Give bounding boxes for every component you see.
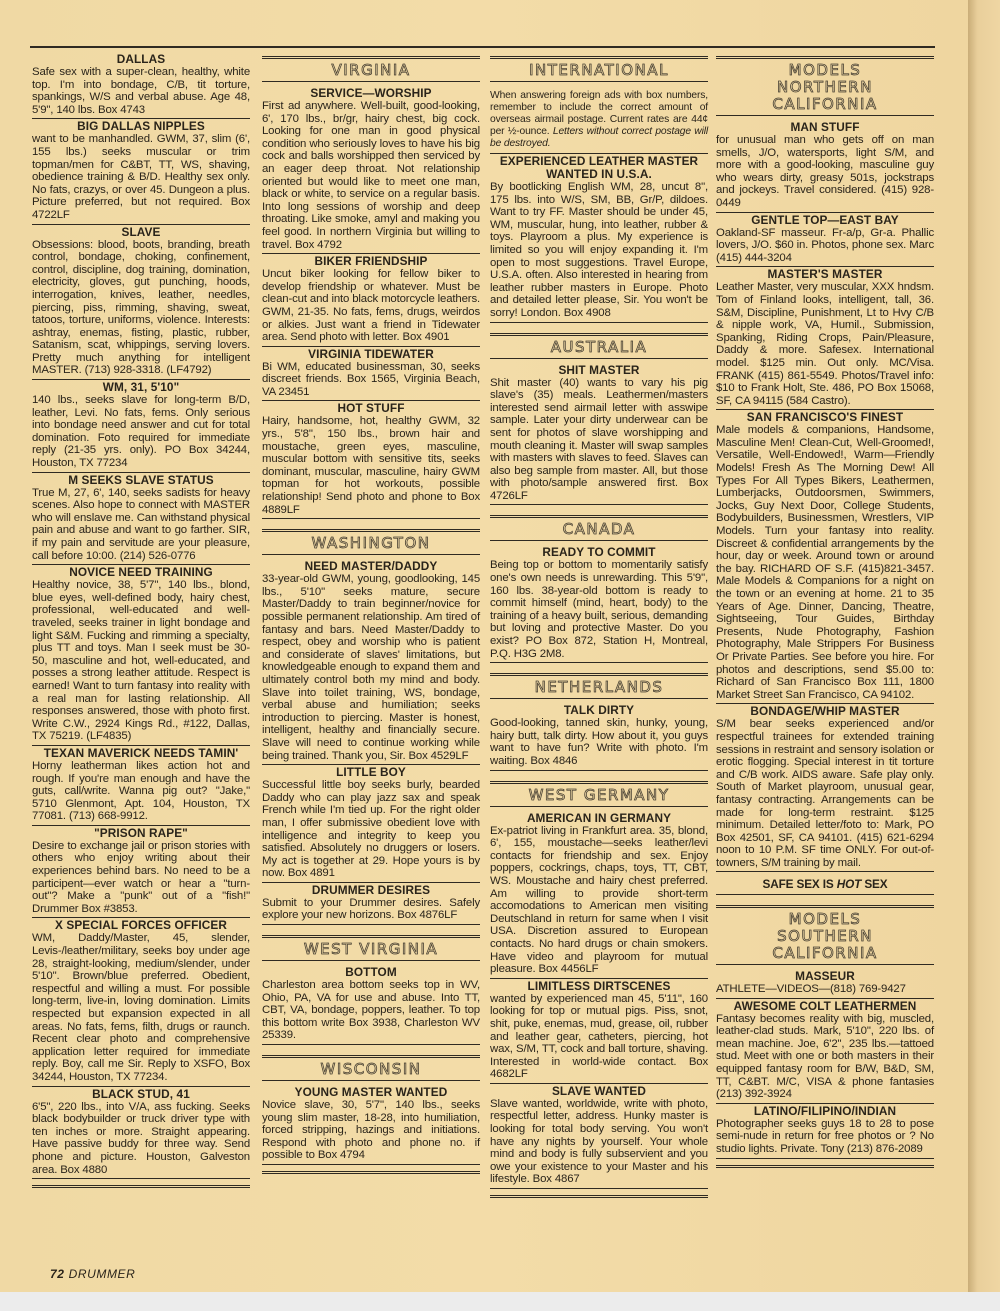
region-title: AUSTRALIA [490, 339, 708, 356]
ad-headline: LATINO/FILIPINO/INDIAN [716, 1105, 934, 1118]
ad-body: True M, 27, 6', 140, seeks sadists for h… [32, 487, 250, 563]
ad-body: Leather Master, very muscular, XXX hndsm… [716, 281, 934, 407]
scan-margin [0, 1292, 1000, 1311]
classified-ad: READY TO COMMITBeing top or bottom to mo… [490, 545, 708, 663]
ad-body: WM, Daddy/Master, 45, slender, Levis-/le… [32, 932, 250, 1083]
ad-body: Safe sex with a super-clean, healthy, wh… [32, 66, 250, 116]
region-title-line: NORTHERN [716, 79, 934, 96]
ad-headline: HOT STUFF [262, 402, 480, 415]
ad-headline: M SEEKS SLAVE STATUS [32, 474, 250, 487]
ad-headline: LIMITLESS DIRTSCENES [490, 980, 708, 993]
classified-ad: TALK DIRTYGood-looking, tanned skin, hun… [490, 703, 708, 770]
magazine-page: DALLASSafe sex with a super-clean, healt… [0, 0, 968, 1292]
column-3: INTERNATIONALWhen answering foreign ads … [490, 52, 708, 1198]
region-title: INTERNATIONAL [490, 62, 708, 79]
ad-body: Ex-patriot living in Frankfurt area. 35,… [490, 825, 708, 976]
ad-headline: X SPECIAL FORCES OFFICER [32, 919, 250, 932]
ad-body: Slave wanted, worldwide, write with phot… [490, 1098, 708, 1186]
ad-headline: SLAVE WANTED [490, 1085, 708, 1098]
ad-body: Successful little boy seeks burly, beard… [262, 779, 480, 880]
ad-body: Charleston area bottom seeks top in WV, … [262, 979, 480, 1042]
ad-headline: WM, 31, 5'10" [32, 381, 250, 394]
ad-headline: NEED MASTER/DADDY [262, 560, 480, 573]
classified-ad: DRUMMER DESIRESSubmit to your Drummer de… [262, 883, 480, 925]
column-4: MODELSNORTHERNCALIFORNIAMAN STUFFfor unu… [716, 52, 934, 1168]
classified-ad: BONDAGE/WHIP MASTERS/M bear seeks experi… [716, 704, 934, 872]
classified-ad: M SEEKS SLAVE STATUSTrue M, 27, 6', 140,… [32, 473, 250, 566]
classified-ad: BLACK STUD, 416'5", 220 lbs., into V/A, … [32, 1087, 250, 1180]
safe-sex-tagline: SAFE SEX IS HOT SEX [716, 872, 934, 895]
ad-body: Obsessions: blood, boots, branding, brea… [32, 239, 250, 378]
classified-ad: TEXAN MAVERICK NEEDS TAMIN'Horny leather… [32, 746, 250, 826]
ad-body: wanted by experienced man 45, 5'11", 160… [490, 993, 708, 1081]
classified-ad: BIKER FRIENDSHIPUncut biker looking for … [262, 254, 480, 347]
ad-body: Oakland-SF masseur. Fr-a/p, Gr-a. Phalli… [716, 227, 934, 265]
ad-body: 6'5", 220 lbs., into V/A, ass fucking. S… [32, 1101, 250, 1177]
ad-headline: BLACK STUD, 41 [32, 1088, 250, 1101]
classified-ad: LATINO/FILIPINO/INDIANPhotographer seeks… [716, 1104, 934, 1159]
ad-body: Fantasy becomes reality with big, muscle… [716, 1013, 934, 1101]
ad-body: Bi WM, educated businessman, 30, seeks d… [262, 361, 480, 399]
tagline-part: SEX [861, 877, 887, 891]
region-title-line: CALIFORNIA [716, 96, 934, 113]
region-heading: MODELSSOUTHERNCALIFORNIA [716, 905, 934, 965]
ad-body: ATHLETE—VIDEOS—(818) 769-9427 [716, 983, 934, 996]
ad-headline: "PRISON RAPE" [32, 827, 250, 840]
classified-ad: DALLASSafe sex with a super-clean, healt… [32, 52, 250, 119]
classified-ad: X SPECIAL FORCES OFFICERWM, Daddy/Master… [32, 918, 250, 1086]
column-end-rule [716, 1165, 934, 1168]
top-rule [30, 46, 935, 48]
region-title-line: CALIFORNIA [716, 945, 934, 962]
region-title: WASHINGTON [262, 535, 480, 552]
ad-body: Healthy novice, 38, 5'7", 140 lbs., blon… [32, 579, 250, 743]
ad-body: Uncut biker looking for fellow biker to … [262, 268, 480, 344]
ad-headline: SAN FRANCISCO'S FINEST [716, 411, 934, 424]
region-heading: WISCONSIN [262, 1055, 480, 1081]
classified-ad: SAN FRANCISCO'S FINESTMale models & comp… [716, 410, 934, 704]
region-heading: WASHINGTON [262, 529, 480, 555]
ad-body: Good-looking, tanned skin, hunky, young,… [490, 717, 708, 767]
publication-name: DRUMMER [69, 1267, 136, 1281]
ad-body: for unusual man who gets off on man smel… [716, 134, 934, 210]
ad-headline: YOUNG MASTER WANTED [262, 1086, 480, 1099]
ad-body: Submit to your Drummer desires. Safely e… [262, 897, 480, 922]
page-spine-shadow [968, 0, 1000, 1292]
tagline-emphasis: HOT [837, 877, 861, 891]
classified-ad: LITTLE BOYSuccessful little boy seeks bu… [262, 765, 480, 883]
ad-body: Horny leatherman likes action hot and ro… [32, 760, 250, 823]
region-title: WEST VIRGINIA [262, 941, 480, 958]
region-heading: NETHERLANDS [490, 673, 708, 699]
classified-ad: GENTLE TOP—EAST BAYOakland-SF masseur. F… [716, 213, 934, 268]
region-title-line: MODELS [716, 911, 934, 928]
region-heading: AUSTRALIA [490, 333, 708, 359]
region-title: WEST GERMANY [490, 787, 708, 804]
ad-headline: GENTLE TOP—EAST BAY [716, 214, 934, 227]
ad-body: want to be manhandled. GWM, 37, slim (6'… [32, 133, 250, 221]
classified-ad: EXPERIENCED LEATHER MASTER WANTED IN U.S… [490, 154, 708, 323]
classified-ad: MASTER'S MASTERLeather Master, very musc… [716, 267, 934, 410]
ad-headline: SLAVE [32, 226, 250, 239]
ad-headline: SERVICE—WORSHIP [262, 87, 480, 100]
ad-body: Being top or bottom to momentarily satis… [490, 559, 708, 660]
classified-ad: HOT STUFFHairy, handsome, hot, healthy G… [262, 401, 480, 519]
ad-headline: READY TO COMMIT [490, 546, 708, 559]
ad-body: Desire to exchange jail or prison storie… [32, 840, 250, 916]
ad-body: 33-year-old GWM, young, goodlooking, 145… [262, 573, 480, 762]
ad-headline: MASSEUR [716, 970, 934, 983]
ad-body: Hairy, handsome, hot, healthy GWM, 32 yr… [262, 415, 480, 516]
classified-ad: AWESOME COLT LEATHERMENFantasy becomes r… [716, 999, 934, 1104]
ad-body: 140 lbs., seeks slave for long-term B/D,… [32, 394, 250, 470]
column-end-rule [490, 1195, 708, 1198]
region-heading: WEST VIRGINIA [262, 935, 480, 961]
ad-headline: BONDAGE/WHIP MASTER [716, 705, 934, 718]
postage-notice: When answering foreign ads with box numb… [490, 86, 708, 154]
classified-ad: YOUNG MASTER WANTEDNovice slave, 30, 5'7… [262, 1085, 480, 1165]
classified-ad: VIRGINIA TIDEWATERBi WM, educated busine… [262, 347, 480, 402]
tagline-part: SAFE SEX IS [763, 877, 837, 891]
classified-ad: SLAVE WANTEDSlave wanted, worldwide, wri… [490, 1084, 708, 1189]
region-title: WISCONSIN [262, 1061, 480, 1078]
column-end-rule [262, 1171, 480, 1174]
region-heading: MODELSNORTHERNCALIFORNIA [716, 56, 934, 116]
ad-headline: SHIT MASTER [490, 364, 708, 377]
region-title-line: MODELS [716, 62, 934, 79]
classified-ad: NEED MASTER/DADDY33-year-old GWM, young,… [262, 559, 480, 765]
classified-ad: BOTTOMCharleston area bottom seeks top i… [262, 965, 480, 1045]
ad-body: Photographer seeks guys 18 to 28 to pose… [716, 1118, 934, 1156]
classified-ad: WM, 31, 5'10"140 lbs., seeks slave for l… [32, 380, 250, 473]
classified-ad: MASSEURATHLETE—VIDEOS—(818) 769-9427 [716, 969, 934, 999]
classified-ad: SLAVEObsessions: blood, boots, branding,… [32, 225, 250, 381]
ad-headline: MASTER'S MASTER [716, 268, 934, 281]
ad-body: Novice slave, 30, 5'7", 140 lbs., seeks … [262, 1099, 480, 1162]
ad-headline: BOTTOM [262, 966, 480, 979]
ad-body: By bootlicking English WM, 28, uncut 8",… [490, 181, 708, 320]
ad-headline: AWESOME COLT LEATHERMEN [716, 1000, 934, 1013]
column-end-rule [32, 1185, 250, 1188]
region-title-line: SOUTHERN [716, 928, 934, 945]
region-heading: INTERNATIONAL [490, 56, 708, 82]
classified-ad: BIG DALLAS NIPPLESwant to be manhandled.… [32, 119, 250, 224]
classified-ad: LIMITLESS DIRTSCENESwanted by experience… [490, 979, 708, 1084]
ad-headline: DALLAS [32, 53, 250, 66]
page-number: 72 [50, 1267, 65, 1281]
ad-headline: BIG DALLAS NIPPLES [32, 120, 250, 133]
ad-headline: DRUMMER DESIRES [262, 884, 480, 897]
region-heading: CANADA [490, 515, 708, 541]
region-heading: WEST GERMANY [490, 781, 708, 807]
region-title: CANADA [490, 521, 708, 538]
classified-ad: SHIT MASTERShit master (40) wants to var… [490, 363, 708, 506]
ad-headline: BIKER FRIENDSHIP [262, 255, 480, 268]
classified-ad: AMERICAN IN GERMANYEx-patriot living in … [490, 811, 708, 979]
page-footer: 72DRUMMER [50, 1267, 135, 1281]
region-title: NETHERLANDS [490, 679, 708, 696]
ad-headline: VIRGINIA TIDEWATER [262, 348, 480, 361]
ad-body: S/M bear seeks experienced and/or respec… [716, 718, 934, 869]
classified-ad: SERVICE—WORSHIPFirst ad anywhere. Well-b… [262, 86, 480, 254]
ad-headline: NOVICE NEED TRAINING [32, 566, 250, 579]
ad-headline: LITTLE BOY [262, 766, 480, 779]
ad-headline: AMERICAN IN GERMANY [490, 812, 708, 825]
ad-body: Shit master (40) wants to vary his pig s… [490, 377, 708, 503]
ad-headline: TALK DIRTY [490, 704, 708, 717]
ad-headline: EXPERIENCED LEATHER MASTER WANTED IN U.S… [490, 155, 708, 181]
classified-ad: "PRISON RAPE"Desire to exchange jail or … [32, 826, 250, 919]
ad-headline: MAN STUFF [716, 121, 934, 134]
ad-body: First ad anywhere. Well-built, good-look… [262, 100, 480, 251]
classified-ad: NOVICE NEED TRAININGHealthy novice, 38, … [32, 565, 250, 746]
classified-ad: MAN STUFFfor unusual man who gets off on… [716, 120, 934, 213]
ad-body: Male models & companions, Handsome, Masc… [716, 424, 934, 701]
column-1: DALLASSafe sex with a super-clean, healt… [32, 52, 250, 1188]
column-2: VIRGINIASERVICE—WORSHIPFirst ad anywhere… [262, 52, 480, 1174]
region-title: VIRGINIA [262, 62, 480, 79]
region-heading: VIRGINIA [262, 56, 480, 82]
ad-headline: TEXAN MAVERICK NEEDS TAMIN' [32, 747, 250, 760]
